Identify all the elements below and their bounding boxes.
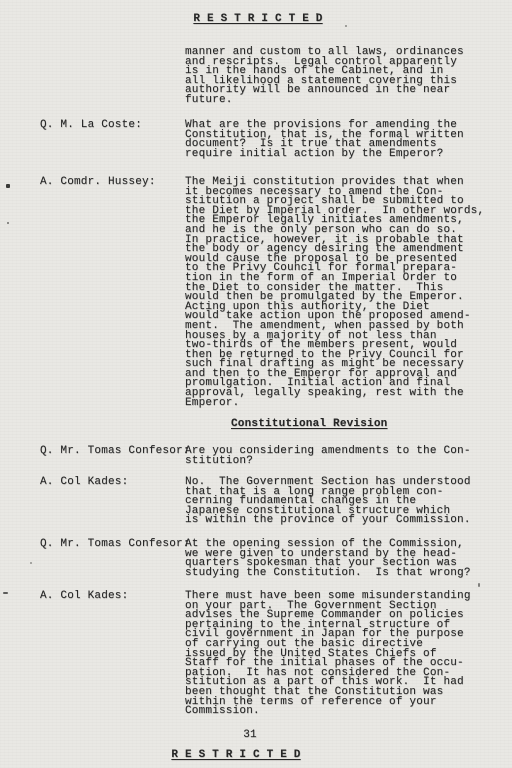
speaker-label-kades-1: A. Col Kades: [40,478,128,488]
section-heading: Constitutional Revision [231,420,387,430]
scan-artifact [478,583,480,587]
speaker-label-confesor-1: Q. Mr. Tomas Confesor: [40,447,190,457]
speaker-label-confesor-2: Q. Mr. Tomas Confesor: [40,540,190,550]
classification-header: R E S T R I C T E D [0,15,512,25]
question-text-amending-provisions: What are the provisions for amending the… [185,121,464,159]
answer-text-meiji-constitution: The Meiji constitution provides that whe… [185,178,484,408]
answer-text-misunderstanding: There must have been some misunderstandi… [185,592,471,717]
speaker-label-hussey: A. Comdr. Hussey: [40,178,156,188]
speaker-label-la-coste: Q. M. La Coste: [40,121,142,131]
speaker-label-kades-2: A. Col Kades: [40,592,128,602]
scan-artifact [6,184,10,188]
question-text-considering-amendments: Are you considering amendments to the Co… [185,447,471,466]
classification-footer: R E S T R I C T E D [0,751,472,761]
scan-artifact [229,520,231,522]
document-page: R E S T R I C T E D manner and custom to… [0,0,512,768]
scan-artifact [316,13,318,15]
scan-artifact [7,222,9,224]
answer-text-long-range-problem: No. The Government Section has understoo… [185,478,471,526]
scan-artifact [3,592,8,594]
scan-artifact [30,562,32,564]
scan-artifact [345,25,347,27]
question-text-opening-session: At the opening session of the Commission… [185,540,471,578]
intro-paragraph: manner and custom to all laws, ordinance… [185,48,464,106]
page-number: 31 [0,731,500,741]
